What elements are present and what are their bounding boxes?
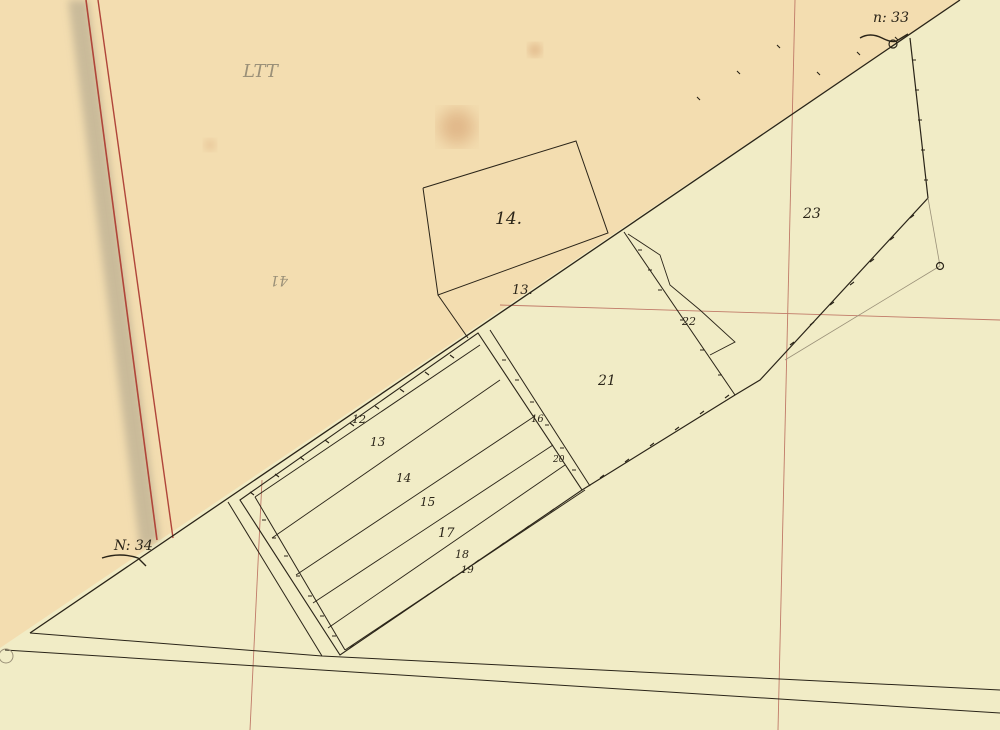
parcel-label: 15 bbox=[420, 495, 435, 509]
marker-33-label: n: 33 bbox=[873, 10, 909, 26]
marker-34-label: N: 34 bbox=[113, 538, 153, 554]
parcel-label: 20 bbox=[552, 455, 565, 465]
faint-label-top: LTT bbox=[242, 61, 280, 82]
parcel-label: 13. bbox=[512, 283, 533, 298]
parcel-label: 23 bbox=[802, 206, 821, 222]
parcel-label: 14. bbox=[495, 209, 522, 229]
parcel-label: 21 bbox=[597, 373, 616, 389]
parcel-label: 19 bbox=[461, 565, 474, 576]
parcel-label: 22 bbox=[681, 315, 696, 328]
parcel-label: 12 bbox=[352, 413, 366, 426]
stain bbox=[204, 139, 216, 151]
parcel-label: 17 bbox=[438, 526, 455, 541]
faint-label-left: 41 bbox=[270, 272, 289, 288]
stain bbox=[528, 43, 542, 57]
parcel-label: 16 bbox=[531, 414, 544, 425]
parcel-label: 14 bbox=[396, 471, 411, 485]
map-canvas: n: 33 N: 34 LTT 41 14. 13. 12 13 14 15 1… bbox=[0, 0, 1000, 730]
parcel-label: 18 bbox=[455, 548, 469, 561]
parcel-label: 13 bbox=[370, 435, 386, 449]
cadastral-map: n: 33 N: 34 LTT 41 14. 13. 12 13 14 15 1… bbox=[0, 0, 1000, 730]
stain bbox=[439, 109, 475, 145]
